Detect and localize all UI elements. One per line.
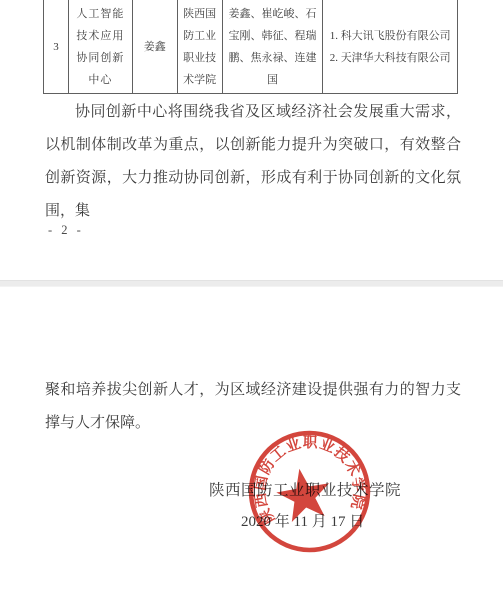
table-cell-institution: 陕西国防工业职业技术学院 [178, 0, 223, 93]
page-break-divider [0, 280, 503, 287]
center-name: 人工智能技术应用协同创新中心 [73, 3, 128, 91]
table-cell-index: 3 [44, 0, 69, 93]
institution-name: 陕西国防工业职业技术学院 [182, 3, 218, 91]
partner-company: 1. 科大讯飞股份有限公司 [330, 25, 451, 47]
seal-ring-text: 陕西国防工业职业技术学院 [243, 424, 373, 530]
page-number: - 2 - [48, 223, 84, 238]
table-cell-partners: 1. 科大讯飞股份有限公司 2. 天津华大科技有限公司 [323, 0, 458, 93]
body-paragraph-page2: 聚和培养拔尖创新人才，为区域经济建设提供强有力的智力支撑与人才保障。 [45, 374, 461, 440]
partner-company: 2. 天津华大科技有限公司 [330, 47, 451, 69]
seal-star-icon [273, 464, 335, 524]
body-paragraph-page1: 协同创新中心将围绕我省及区域经济社会发展重大需求，以机制体制改革为重点，以创新能… [45, 96, 461, 228]
document-preview: 3 人工智能技术应用协同创新中心 姜鑫 陕西国防工业职业技术学院 姜鑫、崔屹峻、… [0, 0, 503, 589]
row-index: 3 [53, 36, 59, 58]
innovation-center-table: 3 人工智能技术应用协同创新中心 姜鑫 陕西国防工业职业技术学院 姜鑫、崔屹峻、… [43, 0, 458, 94]
table-cell-center-name: 人工智能技术应用协同创新中心 [69, 0, 133, 93]
table-cell-leader: 姜鑫 [133, 0, 178, 93]
members-list: 姜鑫、崔屹峻、石宝刚、韩征、程瑞鹏、焦永禄、连建国 [227, 3, 319, 91]
leader-name: 姜鑫 [144, 36, 166, 58]
table-cell-members: 姜鑫、崔屹峻、石宝刚、韩征、程瑞鹏、焦永禄、连建国 [223, 0, 324, 93]
official-seal-stamp-icon: 陕西国防工业职业技术学院 [237, 419, 382, 564]
